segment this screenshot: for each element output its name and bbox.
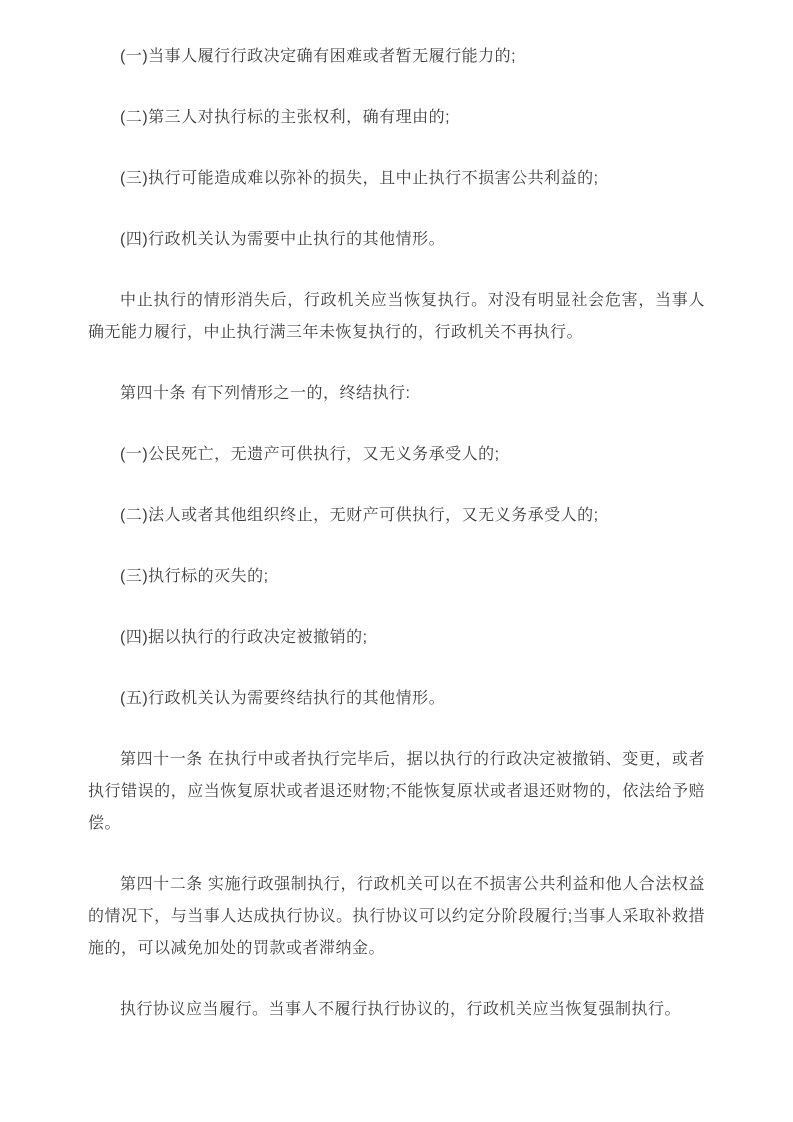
article-40-intro: 第四十条 有下列情形之一的，终结执行: [88, 378, 705, 410]
article-41-paragraph: 第四十一条 在执行中或者执行完毕后，据以执行的行政决定被撤销、变更，或者执行错误… [88, 744, 705, 840]
suspend-execution-clause-four: (四)行政机关认为需要中止执行的其他情形。 [88, 224, 705, 256]
article-42-second-paragraph: 执行协议应当履行。当事人不履行执行协议的，行政机关应当恢复强制执行。 [88, 994, 705, 1026]
article-40-clause-five: (五)行政机关认为需要终结执行的其他情形。 [88, 683, 705, 715]
document-page: (一)当事人履行行政决定确有困难或者暂无履行能力的; (二)第三人对执行标的主张… [0, 0, 793, 1122]
article-40-clause-four: (四)据以执行的行政决定被撤销的; [88, 622, 705, 654]
suspend-execution-clause-two: (二)第三人对执行标的主张权利，确有理由的; [88, 102, 705, 134]
resume-execution-paragraph: 中止执行的情形消失后，行政机关应当恢复执行。对没有明显社会危害，当事人确无能力履… [88, 285, 705, 349]
article-42-paragraph: 第四十二条 实施行政强制执行，行政机关可以在不损害公共利益和他人合法权益的情况下… [88, 869, 705, 965]
suspend-execution-clause-three: (三)执行可能造成难以弥补的损失，且中止执行不损害公共利益的; [88, 163, 705, 195]
article-40-clause-one: (一)公民死亡，无遗产可供执行，又无义务承受人的; [88, 439, 705, 471]
article-40-clause-two: (二)法人或者其他组织终止，无财产可供执行，又无义务承受人的; [88, 500, 705, 532]
suspend-execution-clause-one: (一)当事人履行行政决定确有困难或者暂无履行能力的; [88, 41, 705, 73]
article-40-clause-three: (三)执行标的灭失的; [88, 561, 705, 593]
